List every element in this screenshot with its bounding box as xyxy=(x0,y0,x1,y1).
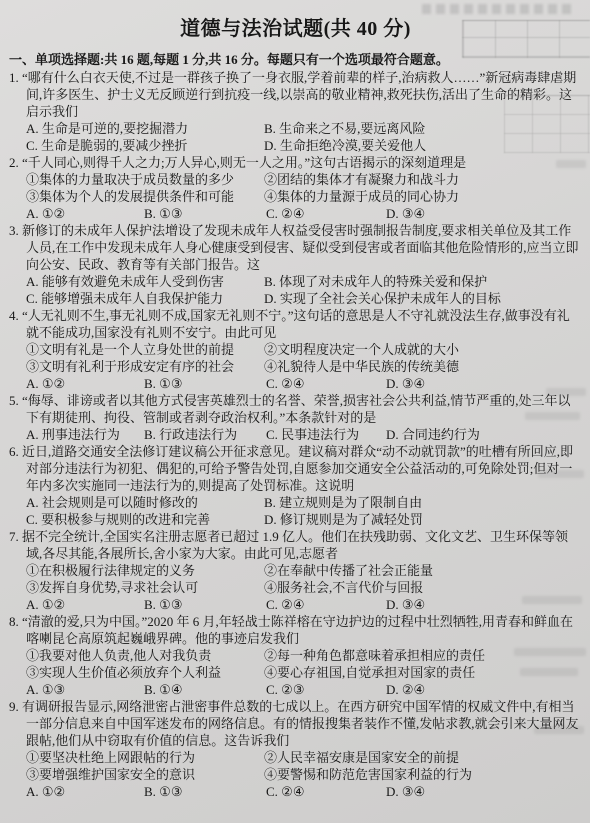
option-d: D. ③④ xyxy=(386,375,582,392)
option-row: C. 能够增强未成年人自我保护能力 D. 实现了全社会关心保护未成年人的目标 xyxy=(26,290,582,307)
statement-1: ①在积极履行法律规定的义务 xyxy=(26,562,264,579)
question-stem: 7. 据不完全统计,全国实名注册志愿者已超过 1.9 亿人。他们在扶残助弱、文化… xyxy=(9,528,582,562)
option-b: B. ①④ xyxy=(144,681,266,698)
bleedthrough-text-artifact xyxy=(422,4,572,14)
statement-1: ①我要对他人负责,他人对我负责 xyxy=(26,647,264,664)
statement-3: ③发挥自身优势,寻求社会认可 xyxy=(26,579,264,596)
option-a: A. ①② xyxy=(26,375,144,392)
question-5: 5. “侮辱、诽谤或者以其他方式侵害英雄烈士的名誉、荣誉,损害社会公共利益,情节… xyxy=(9,392,582,443)
statement-2: ②团结的集体才有凝聚力和战斗力 xyxy=(264,171,582,188)
option-a: A. 刑事违法行为 xyxy=(26,426,144,443)
question-8: 8. “清澈的爱,只为中国。”2020 年 6 月,年轻战士陈祥榕在守边护边的过… xyxy=(9,613,582,698)
option-c: C. ②④ xyxy=(266,783,386,800)
option-d: D. ③④ xyxy=(386,596,582,613)
statement-row: ③要增强维护国家安全的意识 ④要警惕和防范危害国家利益的行为 xyxy=(26,766,582,783)
statement-4: ④要警惕和防范危害国家利益的行为 xyxy=(264,766,582,783)
option-d: D. ③④ xyxy=(386,783,582,800)
question-3: 3. 新修订的未成年人保护法增设了发现未成年人权益受侵害时强制报告制度,要求相关… xyxy=(9,222,582,307)
option-b: B. 体现了对未成年人的特殊关爱和保护 xyxy=(264,273,582,290)
statement-2: ②文明程度决定一个人成就的大小 xyxy=(264,341,582,358)
option-d: D. ③④ xyxy=(386,205,582,222)
option-b: B. 行政违法行为 xyxy=(144,426,266,443)
option-a: A. ①② xyxy=(26,783,144,800)
question-7: 7. 据不完全统计,全国实名注册志愿者已超过 1.9 亿人。他们在扶残助弱、文化… xyxy=(9,528,582,613)
statement-3: ③实现人生价值必须放弃个人利益 xyxy=(26,664,264,681)
option-b: B. 建立规则是为了限制自由 xyxy=(264,494,582,511)
option-row: A. 刑事违法行为 B. 行政违法行为 C. 民事违法行为 D. 合同违约行为 xyxy=(26,426,582,443)
option-b: B. ①③ xyxy=(144,596,266,613)
page-title: 道德与法治试题(共 40 分) xyxy=(9,16,582,42)
option-d: D. ②④ xyxy=(386,681,582,698)
option-c: C. ②③ xyxy=(266,681,386,698)
question-4: 4. “人无礼则不生,事无礼则不成,国家无礼则不宁。”这句话的意思是人不守礼就没… xyxy=(9,307,582,392)
option-d: D. 合同违约行为 xyxy=(386,426,582,443)
question-stem: 8. “清澈的爱,只为中国。”2020 年 6 月,年轻战士陈祥榕在守边护边的过… xyxy=(9,613,582,647)
statement-4: ④服务社会,不言代价与回报 xyxy=(264,579,582,596)
option-row: A. ①② B. ①③ C. ②④ D. ③④ xyxy=(26,783,582,800)
option-c: C. ②④ xyxy=(266,596,386,613)
statement-3: ③要增强维护国家安全的意识 xyxy=(26,766,264,783)
statement-1: ①集体的力量取决于成员数量的多少 xyxy=(26,171,264,188)
option-b: B. ①③ xyxy=(144,375,266,392)
section-header: 一、单项选择题:共 16 题,每题 1 分,共 16 分。每题只有一个选项最符合… xyxy=(9,51,582,68)
option-row: A. ①③ B. ①④ C. ②③ D. ②④ xyxy=(26,681,582,698)
statement-row: ①要坚决杜绝上网跟帖的行为 ②人民幸福安康是国家安全的前提 xyxy=(26,749,582,766)
statement-1: ①要坚决杜绝上网跟帖的行为 xyxy=(26,749,264,766)
option-a: A. ①③ xyxy=(26,681,144,698)
statement-row: ③集体为个人的发展提供条件和可能 ④集体的力量源于成员的同心协力 xyxy=(26,188,582,205)
option-a: A. ①② xyxy=(26,205,144,222)
question-stem: 6. 近日,道路交通安全法修订建议稿公开征求意见。建议稿对群众“动不动就罚款”的… xyxy=(9,443,582,494)
statement-row: ①我要对他人负责,他人对我负责 ②每一种角色都意味着承担相应的责任 xyxy=(26,647,582,664)
option-b: B. ①③ xyxy=(144,783,266,800)
option-b: B. 生命来之不易,要远离风险 xyxy=(264,120,582,137)
option-a: A. 能够有效避免未成年人受到伤害 xyxy=(26,273,264,290)
question-2: 2. “千人同心,则得千人之力;万人异心,则无一人之用。”这句古语揭示的深刻道理… xyxy=(9,154,582,222)
question-1: 1. “哪有什么白衣天使,不过是一群孩子换了一身衣服,学着前辈的样子,治病救人…… xyxy=(9,69,582,154)
option-row: A. 社会规则是可以随时修改的 B. 建立规则是为了限制自由 xyxy=(26,494,582,511)
option-b: B. ①③ xyxy=(144,205,266,222)
option-d: D. 修订规则是为了减轻处罚 xyxy=(264,511,582,528)
statement-4: ④礼貌待人是中华民族的传统美德 xyxy=(264,358,582,375)
option-row: A. 能够有效避免未成年人受到伤害 B. 体现了对未成年人的特殊关爱和保护 xyxy=(26,273,582,290)
option-row: A. ①② B. ①③ C. ②④ D. ③④ xyxy=(26,205,582,222)
question-stem: 2. “千人同心,则得千人之力;万人异心,则无一人之用。”这句古语揭示的深刻道理… xyxy=(9,154,582,171)
question-9: 9. 有调研报告显示,网络泄密占泄密事件总数的七成以上。在西方研究中国军情的权威… xyxy=(9,698,582,800)
option-c: C. 要积极参与规则的改进和完善 xyxy=(26,511,264,528)
question-stem: 1. “哪有什么白衣天使,不过是一群孩子换了一身衣服,学着前辈的样子,治病救人…… xyxy=(9,69,582,120)
option-c: C. 民事违法行为 xyxy=(266,426,386,443)
statement-3: ③文明有礼利于形成安定有序的社会 xyxy=(26,358,264,375)
option-a: A. 生命是可逆的,要挖掘潜力 xyxy=(26,120,264,137)
statement-row: ③文明有礼利于形成安定有序的社会 ④礼貌待人是中华民族的传统美德 xyxy=(26,358,582,375)
option-c: C. ②④ xyxy=(266,375,386,392)
option-row: C. 生命是脆弱的,要减少挫折 D. 生命拒绝冷漠,要关爱他人 xyxy=(26,137,582,154)
option-row: C. 要积极参与规则的改进和完善 D. 修订规则是为了减轻处罚 xyxy=(26,511,582,528)
option-c: C. 生命是脆弱的,要减少挫折 xyxy=(26,137,264,154)
statement-row: ①在积极履行法律规定的义务 ②在奉献中传播了社会正能量 xyxy=(26,562,582,579)
option-d: D. 生命拒绝冷漠,要关爱他人 xyxy=(264,137,582,154)
statement-3: ③集体为个人的发展提供条件和可能 xyxy=(26,188,264,205)
question-stem: 5. “侮辱、诽谤或者以其他方式侵害英雄烈士的名誉、荣誉,损害社会公共利益,情节… xyxy=(9,392,582,426)
option-row: A. 生命是可逆的,要挖掘潜力 B. 生命来之不易,要远离风险 xyxy=(26,120,582,137)
option-a: A. ①② xyxy=(26,596,144,613)
option-c: C. 能够增强未成年人自我保护能力 xyxy=(26,290,264,307)
statement-4: ④要心存祖国,自觉承担对国家的责任 xyxy=(264,664,582,681)
statement-2: ②在奉献中传播了社会正能量 xyxy=(264,562,582,579)
statement-row: ①文明有礼是一个人立身处世的前提 ②文明程度决定一个人成就的大小 xyxy=(26,341,582,358)
statement-1: ①文明有礼是一个人立身处世的前提 xyxy=(26,341,264,358)
question-6: 6. 近日,道路交通安全法修订建议稿公开征求意见。建议稿对群众“动不动就罚款”的… xyxy=(9,443,582,528)
question-stem: 4. “人无礼则不生,事无礼则不成,国家无礼则不宁。”这句话的意思是人不守礼就没… xyxy=(9,307,582,341)
statement-row: ③实现人生价值必须放弃个人利益 ④要心存祖国,自觉承担对国家的责任 xyxy=(26,664,582,681)
statement-4: ④集体的力量源于成员的同心协力 xyxy=(264,188,582,205)
statement-row: ①集体的力量取决于成员数量的多少 ②团结的集体才有凝聚力和战斗力 xyxy=(26,171,582,188)
exam-page: 道德与法治试题(共 40 分) 一、单项选择题:共 16 题,每题 1 分,共 … xyxy=(0,0,590,823)
question-stem: 3. 新修订的未成年人保护法增设了发现未成年人权益受侵害时强制报告制度,要求相关… xyxy=(9,222,582,273)
option-a: A. 社会规则是可以随时修改的 xyxy=(26,494,264,511)
option-row: A. ①② B. ①③ C. ②④ D. ③④ xyxy=(26,596,582,613)
question-stem: 9. 有调研报告显示,网络泄密占泄密事件总数的七成以上。在西方研究中国军情的权威… xyxy=(9,698,582,749)
statement-2: ②人民幸福安康是国家安全的前提 xyxy=(264,749,582,766)
statement-row: ③发挥自身优势,寻求社会认可 ④服务社会,不言代价与回报 xyxy=(26,579,582,596)
option-c: C. ②④ xyxy=(266,205,386,222)
option-row: A. ①② B. ①③ C. ②④ D. ③④ xyxy=(26,375,582,392)
option-d: D. 实现了全社会关心保护未成年人的目标 xyxy=(264,290,582,307)
statement-2: ②每一种角色都意味着承担相应的责任 xyxy=(264,647,582,664)
